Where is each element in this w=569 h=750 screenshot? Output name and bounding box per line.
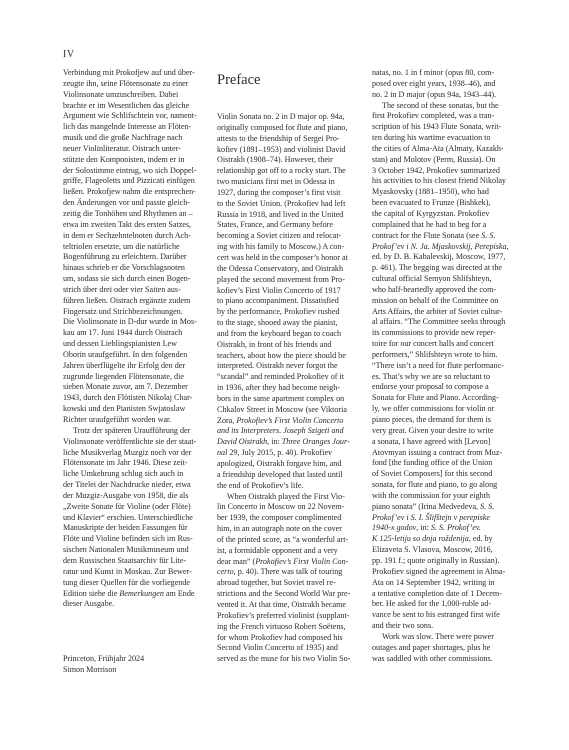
text-line: for whom Prokofiev had composed his (217, 633, 367, 644)
text-line: Prokof’ev i S. I. Šlifštejn v perepiske (372, 513, 524, 524)
text-line: of the printed score, as “a wonderful ar… (217, 535, 367, 546)
text-line: “scandal” and reminded Prokofiev of it (217, 372, 367, 383)
text-line: dear man” (Prokofiev’s First Violin Con- (217, 557, 367, 568)
text-line: bors in the same apartment complex on (217, 394, 367, 405)
text-line: Oborin uraufgeführt. In den folgenden (63, 350, 215, 361)
text-line: Violinsonate umzuschreiben. Dabei (63, 90, 215, 101)
text-line: the Odessa Conservatory, and Oistrakh (217, 264, 367, 275)
text-line: kofiev’s First Violin Concerto of 1917 (217, 286, 367, 297)
text-line: nal 29, July 2015, p. 40). Prokofiev (217, 448, 367, 459)
text-line: Flöte und Violine befinden sich im Rus- (63, 534, 215, 545)
text-line: „Zweite Sonate für Violine (oder Flöte) (63, 502, 215, 513)
text-line: contract for the Flute Sonata (see S. S. (372, 231, 524, 242)
text-line: relationship got off to a rocky start. T… (217, 166, 367, 177)
german-paragraph-1: Verbindung mit Prokofjew auf und über-ze… (63, 68, 215, 426)
text-line: “There isn’t a need for flute performanc… (372, 361, 524, 372)
text-line: cultural official Semyon Shlifshteyn, (372, 274, 524, 285)
text-line: Oistrakh, in front of his friends and (217, 340, 367, 351)
text-line: States, France, and Germany before (217, 220, 367, 231)
text-line: K 125-letiju so dnja roždenija, ed. by (372, 534, 524, 545)
text-line: Zora, Prokofiev’s First Violin Concerto (217, 416, 367, 427)
preface-paragraph-1: Violin Sonata no. 2 in D major op. 94a,o… (217, 112, 367, 492)
text-line: ed. by D. B. Kabalevskij, Moscow, 1977, (372, 252, 524, 263)
text-line: Russia in 1918, and lived in the United (217, 210, 367, 221)
signature-author: Simon Morrison (63, 665, 215, 676)
text-line: Oistrakh (1908–74). However, their (217, 155, 367, 166)
preface-paragraph-2: When Oistrakh played the First Vio-lin C… (217, 492, 367, 666)
text-line: interpreted. Oistrakh never forgot the (217, 361, 367, 372)
text-line: in dem er Sechzehntelnoten durch Ach- (63, 231, 215, 242)
preface-paragraph-continued: natas, no. 1 in f minor (opus 80, com-po… (372, 68, 524, 101)
text-line: der Muzgiz-Ausgabe von 1958, die als (63, 491, 215, 502)
text-line: der Solostimme eintrug, wo sich Doppel- (63, 166, 215, 177)
text-line: been evacuated to Frunze (Bishkek), (372, 198, 524, 209)
text-line: zugrunde liegenden Flötensonate, die (63, 372, 215, 383)
right-column-preface-continued: natas, no. 1 in f minor (opus 80, com-po… (372, 68, 524, 664)
text-line: apologized, Oistrakh forgave him, and (217, 459, 367, 470)
text-line: lich das mangelnde Interesse an Flöten- (63, 122, 215, 133)
text-line: stützte den Komponisten, indem er in (63, 155, 215, 166)
text-line: den Änderungen vor und passte gleich- (63, 198, 215, 209)
text-line: Jahren überflügelte ihr Erfolg den der (63, 361, 215, 372)
text-line: sieben Monate zuvor, am 7. Dezember (63, 382, 215, 393)
text-line: ist, a formidable opponent and a very (217, 546, 367, 557)
text-line: and their two sons. (372, 621, 524, 632)
text-line: etwa im zweiten Takt des ersten Satzes, (63, 220, 215, 231)
text-line: Argument wie Schlifschtein vor, nament- (63, 111, 215, 122)
text-line: outages and paper shortages, plus he (372, 643, 524, 654)
text-line: tung dieser Quellen für die vorliegende (63, 578, 215, 589)
text-line: ratur und Kunst in Moskau. Zur Bewer- (63, 567, 215, 578)
text-line: cert was held in the composer’s honor at (217, 253, 367, 264)
text-line: zeugte ihn, seine Flötensonate zu einer (63, 79, 215, 90)
text-line: Elizaveta S. Vlasova, Moscow, 2016, (372, 545, 524, 556)
text-line: attests to the friendship of Sergei Pro- (217, 134, 367, 145)
text-line: posed over eight years, 1938–46), and (372, 79, 524, 90)
text-line: strictions and the Second World War pre- (217, 589, 367, 600)
text-line: ing with his family to Moscow.) A con- (217, 242, 367, 253)
text-line: ten during his wartime evacuation to (372, 133, 524, 144)
text-line: piano sonata” (Irina Medvedeva, S. S. (372, 502, 524, 513)
text-line: liche Umkehrung schlug sich auch in (63, 469, 215, 480)
text-line: ly, we offer commissions for violin or (372, 404, 524, 415)
middle-column-preface: Preface Violin Sonata no. 2 in D major o… (217, 68, 367, 665)
text-line: piano pieces, the demand for them is (372, 415, 524, 426)
text-line: Work was slow. There were power (372, 632, 524, 643)
text-line: performers,” Shlifshteyn wrote to him. (372, 350, 524, 361)
text-line: with the commission for your eighth (372, 491, 524, 502)
text-line: to the Soviet Union. (Prokofiev had left (217, 199, 367, 210)
text-line: Edition siehe die Bemerkungen am Ende (63, 589, 215, 600)
text-line: 1943, durch den Flötisten Nikolaj Char- (63, 393, 215, 404)
text-line: Fingersatz und Strichbezeichnungen. (63, 307, 215, 318)
text-line: Bogenführung zu erleichtern. Darüber (63, 252, 215, 263)
text-line: a sonata, I have agreed with [Levon] (372, 437, 524, 448)
text-line: and from the keyboard began to coach (217, 329, 367, 340)
text-line: und Klavier“ erschien. Unterschiedliche (63, 513, 215, 524)
text-line: 1940-x godov, in: S. S. Prokof’ev. (372, 523, 524, 534)
preface-paragraph-4: Work was slow. There were poweroutages a… (372, 632, 524, 665)
text-line: ließen. Prokofjew nahm die entsprechen- (63, 187, 215, 198)
text-line: Flötensonate im Jahr 1946. Diese zeit- (63, 458, 215, 469)
text-line: originally composed for flute and piano, (217, 123, 367, 134)
text-line: first Prokofiev completed, was a tran- (372, 111, 524, 122)
text-line: sischen Nationalen Musikmuseum und (63, 545, 215, 556)
text-line: the end of Prokofiev’s life. (217, 481, 367, 492)
text-line: musik und die große Nachfrage nach (63, 133, 215, 144)
text-line: Richter uraufgeführt worden war. (63, 415, 215, 426)
text-line: dem Russischen Staatsarchiv für Lite- (63, 556, 215, 567)
text-line: teachers, about how the piece should be (217, 351, 367, 362)
signature-block: Princeton, Frühjahr 2024 Simon Morrison (63, 654, 215, 676)
text-line: its commissions to provide new reper- (372, 328, 524, 339)
text-line: pp. 191 f.; quote originally in Russian)… (372, 556, 524, 567)
text-line: zeitig die Tonhöhen und Rhythmen an – (63, 209, 215, 220)
text-line: Violinsonate veröffentlichte sie der sta… (63, 437, 215, 448)
text-line: certo, p. 40). There was talk of touring (217, 567, 367, 578)
text-line: a tentative completion date of 1 Decem- (372, 589, 524, 600)
text-line: um, sodass sie sich durch einen Bogen- (63, 274, 215, 285)
text-line: by the performance, Prokofiev rushed (217, 307, 367, 318)
text-line: and its Interpreters. Joseph Szigeti and (217, 426, 367, 437)
text-line: griffe, Flageoletts und Pizzicati einfüg… (63, 176, 215, 187)
text-line: Chkalov Street in Moscow (see Viktoria (217, 405, 367, 416)
text-line: Manuskripte der beiden Fassungen für (63, 523, 215, 534)
text-line: was saddled with other commissions. (372, 654, 524, 665)
text-line: neuer Violinliteratur. Oistrach unter- (63, 144, 215, 155)
text-line: vance be sent to his estranged first wif… (372, 610, 524, 621)
text-line: a friendship developed that lasted until (217, 470, 367, 481)
text-line: Myaskovsky (1881–1950), who had (372, 187, 524, 198)
text-line: scription of his 1943 Flute Sonata, writ… (372, 122, 524, 133)
text-line: very great. Given your desire to write (372, 426, 524, 437)
text-line: der Titelei der Nachdrucke nieder, etwa (63, 480, 215, 491)
text-line: Prokofiev’s preferred violinist (supplan… (217, 611, 367, 622)
text-line: Sonata for Flute and Piano. According- (372, 393, 524, 404)
text-line: ber. He asked for the 1,000-ruble ad- (372, 599, 524, 610)
text-line: ber 1939, the composer complimented (217, 513, 367, 524)
text-line: es. That’s why we are so reluctant to (372, 372, 524, 383)
text-line: hinaus schrieb er die Vorschlagsnoten (63, 263, 215, 274)
text-line: served as the muse for his two Violin So… (217, 654, 367, 665)
text-line: lin Concerto in Moscow on 22 Novem- (217, 502, 367, 513)
text-line: fond [the funding office of the Union (372, 458, 524, 469)
text-line: Violin Sonata no. 2 in D major op. 94a, (217, 112, 367, 123)
text-line: Verbindung mit Prokofjew auf und über- (63, 68, 215, 79)
text-line: al affairs. “The Committee seeks through (372, 317, 524, 328)
text-line: und dessen Lieblingspianisten Lew (63, 339, 215, 350)
text-line: the cities of Alma-Ata (Almaty, Kazakh- (372, 144, 524, 155)
text-line: him, in an autograph note on the cover (217, 524, 367, 535)
text-line: liche Musikverlag Muzgiz noch vor der (63, 448, 215, 459)
preface-heading: Preface (217, 71, 367, 89)
text-line: two musicians first met in Odessa in (217, 177, 367, 188)
text-line: endorse your proposal to compose a (372, 382, 524, 393)
text-line: dieser Ausgabe. (63, 599, 215, 610)
left-column-german-text: Verbindung mit Prokofjew auf und über-ze… (63, 68, 215, 676)
text-line: The second of these sonatas, but the (372, 101, 524, 112)
text-line: his activities to his closest friend Nik… (372, 176, 524, 187)
text-line: toire for our concert halls and concert (372, 339, 524, 350)
text-line: Ata on 14 September 1942, writing in (372, 578, 524, 589)
text-line: in 1936, after they had become neigh- (217, 383, 367, 394)
text-line: Second Violin Concerto of 1935) and (217, 643, 367, 654)
text-line: kowski und den Pianisten Swjatoslaw (63, 404, 215, 415)
text-line: who half-heartedly approved the com- (372, 285, 524, 296)
text-line: Prokof’ev i N. Ja. Mjaskovskij, Perepisk… (372, 242, 524, 253)
text-line: complained that he had to beg for a (372, 220, 524, 231)
text-line: Trotz der späteren Uraufführung der (63, 426, 215, 437)
text-line: David Oistrakh, in: Three Oranges Jour- (217, 437, 367, 448)
text-line: kofiev (1891–1953) and violinist David (217, 145, 367, 156)
page-number: IV (63, 49, 75, 60)
german-paragraph-2: Trotz der späteren Uraufführung derVioli… (63, 426, 215, 610)
text-line: played the second movement from Pro- (217, 275, 367, 286)
text-line: to piano accompaniment. Dissatisfied (217, 296, 367, 307)
text-line: 1927, during the composer’s first visit (217, 188, 367, 199)
text-line: p. 461). The begging was directed at the (372, 263, 524, 274)
text-line: 3 October 1942, Prokofiev summarized (372, 166, 524, 177)
text-line: strich über drei oder vier Saiten aus- (63, 285, 215, 296)
text-line: Prokofiev signed the agreement in Alma- (372, 567, 524, 578)
text-line: Atovmyan issuing a contract from Muz- (372, 448, 524, 459)
text-line: kau am 17. Juni 1944 durch Oistrach (63, 328, 215, 339)
text-line: natas, no. 1 in f minor (opus 80, com- (372, 68, 524, 79)
text-line: stan) and Molotov (Perm, Russia). On (372, 155, 524, 166)
signature-place-date: Princeton, Frühjahr 2024 (63, 654, 215, 665)
text-line: becoming a Soviet citizen and relocat- (217, 231, 367, 242)
text-line: führen ließen. Oistrach ergänzte zudem (63, 296, 215, 307)
text-line: brachte er im Wesentlichen das gleiche (63, 101, 215, 112)
text-line: no. 2 in D major (opus 94a, 1943–44). (372, 90, 524, 101)
text-line: When Oistrakh played the First Vio- (217, 492, 367, 503)
text-line: Arts Affairs, the arbiter of Soviet cult… (372, 307, 524, 318)
preface-paragraph-3: The second of these sonatas, but thefirs… (372, 101, 524, 632)
text-line: vented it. At that time, Oistrakh became (217, 600, 367, 611)
text-line: of Soviet Composers] for this second (372, 469, 524, 480)
text-line: Die Violinsonate in D-dur wurde in Mos- (63, 317, 215, 328)
text-line: mission on behalf of the Committee on (372, 296, 524, 307)
text-line: to the stage, shooed away the pianist, (217, 318, 367, 329)
text-line: abroad together, but Soviet travel re- (217, 578, 367, 589)
text-line: the capital of Kyrgyzstan. Prokofiev (372, 209, 524, 220)
text-line: teltriolen ersetzte, um die natürliche (63, 242, 215, 253)
text-line: sonata, for flute and piano, to go along (372, 480, 524, 491)
text-line: ing the French virtuoso Robert Soëtens, (217, 622, 367, 633)
